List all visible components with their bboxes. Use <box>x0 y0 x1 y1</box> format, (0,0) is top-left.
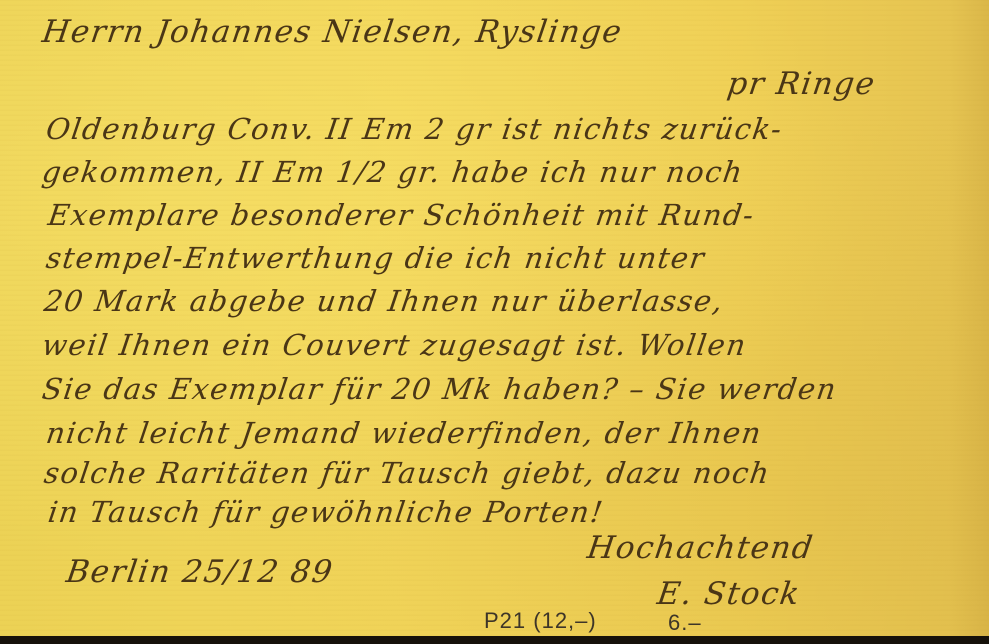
body-line-4: stempel-Entwerthung die ich nicht unter <box>44 241 708 275</box>
closing-salutation: Hochachtend <box>585 530 816 566</box>
place-and-date: Berlin 25/12 89 <box>64 554 336 590</box>
postcard: Herrn Johannes Nielsen, Ryslinge pr Ring… <box>0 0 989 636</box>
body-line-2: gekommen, II Em 1/2 gr. habe ich nur noc… <box>40 155 746 189</box>
body-line-3: Exemplare besonderer Schönheit mit Rund- <box>46 198 757 232</box>
body-line-6: weil Ihnen ein Couvert zugesagt ist. Wol… <box>40 328 749 362</box>
address-line-via: pr Ringe <box>725 66 878 102</box>
body-line-9: solche Raritäten für Tausch giebt, dazu … <box>42 456 773 490</box>
signature: E. Stock <box>655 576 803 612</box>
body-line-1: Oldenburg Conv. II Em 2 gr ist nichts zu… <box>44 112 785 146</box>
body-line-8: nicht leicht Jemand wiederfinden, der Ih… <box>44 416 764 450</box>
address-line-recipient: Herrn Johannes Nielsen, Ryslinge <box>40 14 625 50</box>
pencil-catalog-note: P21 (12,–) <box>484 608 597 634</box>
pencil-price-note: 6.– <box>668 610 702 636</box>
body-line-5: 20 Mark abgebe und Ihnen nur überlasse, <box>42 284 726 318</box>
body-line-10: in Tausch für gewöhnliche Porten! <box>46 495 606 529</box>
body-line-7: Sie das Exemplar für 20 Mk haben? – Sie … <box>40 372 839 406</box>
scan-bottom-edge <box>0 636 989 644</box>
